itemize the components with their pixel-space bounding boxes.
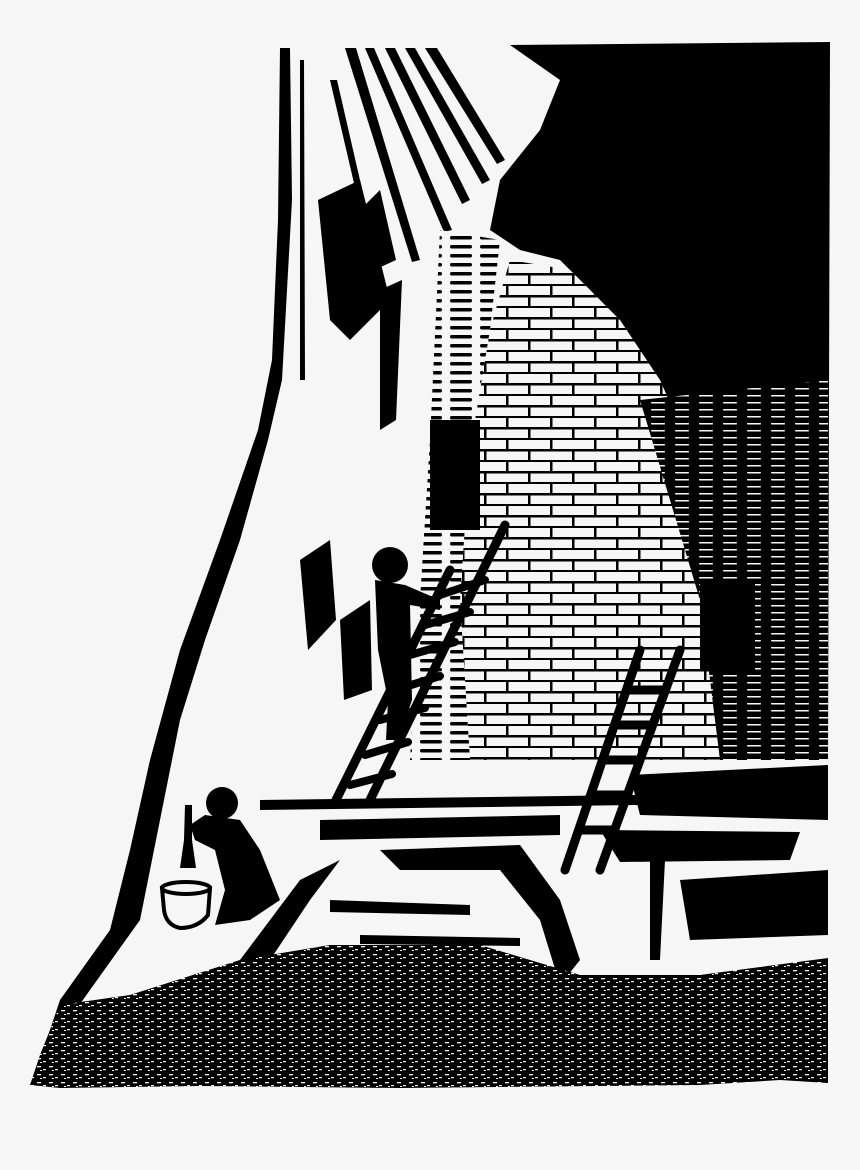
illustration-canvas	[0, 0, 860, 1170]
window-opening	[700, 580, 755, 670]
bowl	[162, 882, 210, 928]
cliff-dwelling-illustration	[0, 0, 860, 1170]
rocky-ground	[30, 945, 828, 1088]
window-opening	[430, 420, 480, 530]
tool-icon	[180, 805, 196, 868]
